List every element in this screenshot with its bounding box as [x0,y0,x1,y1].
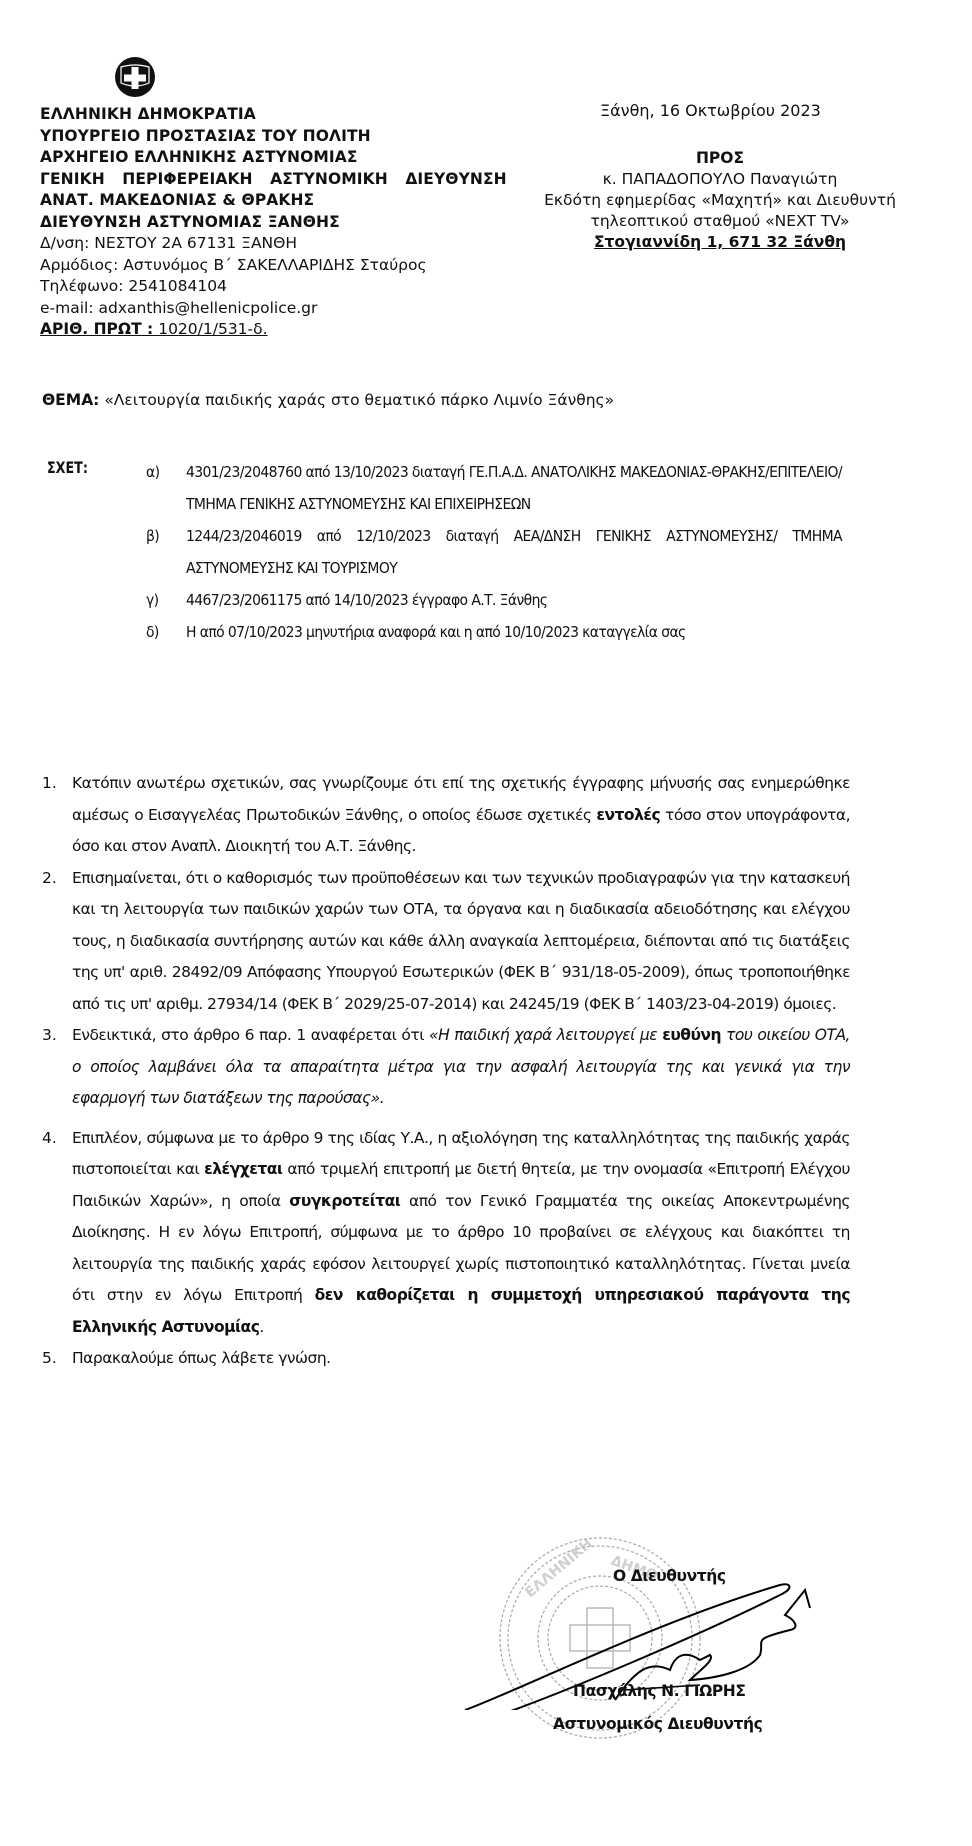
paragraph-number: 2. [42,863,72,1021]
signatory-name: Πασχάλης Ν. ΓΙΩΡΗΣ [573,1682,746,1700]
signatory-title: Ο Διευθυντής [613,1567,726,1585]
related-item: γ)4467/23/2061175 από 14/10/2023 έγγραφο… [146,584,842,616]
paragraph-number: 1. [42,768,72,863]
text-run: Ενδεικτικά, στο άρθρο 6 παρ. 1 αναφέρετα… [72,1026,429,1044]
recipient-role-1: Εκδότη εφημερίδας «Μαχητή» και Διευθυντή [520,190,920,211]
related-item: β)1244/23/2046019 από 12/10/2023 διαταγή… [146,520,842,584]
issuer-header: ΕΛΛΗΝΙΚΗ ΔΗΜΟΚΡΑΤΙΑ ΥΠΟΥΡΓΕΙΟ ΠΡΟΣΤΑΣΙΑΣ… [40,104,507,341]
issuer-line: ΑΝΑΤ. ΜΑΚΕΔΟΝΙΑΣ & ΘΡΑΚΗΣ [40,190,507,212]
related-item-marker: δ) [146,616,186,648]
issuer-line: ΓΕΝΙΚΗ ΠΕΡΙΦΕΡΕΙΑΚΗ ΑΣΤΥΝΟΜΙΚΗ ΔΙΕΥΘΥΝΣΗ [40,169,507,191]
text-run: ευθύνη [662,1026,721,1044]
subject-label: ΘΕΜΑ: [42,391,99,409]
related-label: ΣΧΕΤ: [47,459,88,477]
greek-coat-of-arms-icon [113,55,157,99]
numbered-paragraph: 1.Κατόπιν ανωτέρω σχετικών, σας γνωρίζου… [42,768,850,863]
text-run: Επισημαίνεται, ότι ο καθορισμός των προϋ… [72,869,850,1013]
protocol-value: 1020/1/531-δ. [158,320,267,338]
paragraph-text: Επισημαίνεται, ότι ο καθορισμός των προϋ… [72,863,850,1021]
text-run: εντολές [596,806,660,824]
paragraph-text: Επιπλέον, σύμφωνα με το άρθρο 9 της ιδία… [72,1123,850,1344]
related-item-text: 4467/23/2061175 από 14/10/2023 έγγραφο Α… [186,584,842,616]
issuer-responsible: Αρμόδιος: Αστυνόμος Β΄ ΣΑΚΕΛΛΑΡΙΔΗΣ Σταύ… [40,255,507,277]
issuer-line: ΑΡΧΗΓΕΙΟ ΕΛΛΗΝΙΚΗΣ ΑΣΤΥΝΟΜΙΑΣ [40,147,507,169]
text-run: «Η παιδική χαρά λειτουργεί με [429,1026,662,1044]
subject-text: «Λειτουργία παιδικής χαράς στο θεματικό … [104,391,614,409]
related-item-marker: β) [146,520,186,584]
recipient-role-2: τηλεοπτικού σταθμού «NEXT TV» [520,211,920,232]
subject-line: ΘΕΜΑ: «Λειτουργία παιδικής χαράς στο θεμ… [42,391,614,409]
related-item-text: 1244/23/2046019 από 12/10/2023 διαταγή Α… [186,520,842,584]
issuer-line: ΕΛΛΗΝΙΚΗ ΔΗΜΟΚΡΑΤΙΑ [40,104,507,126]
body-paragraphs: 1.Κατόπιν ανωτέρω σχετικών, σας γνωρίζου… [42,768,850,1375]
numbered-paragraph: 5.Παρακαλούμε όπως λάβετε γνώση. [42,1343,850,1375]
related-item-text: Η από 07/10/2023 μηνυτήρια αναφορά και η… [186,616,842,648]
paragraph-text: Κατόπιν ανωτέρω σχετικών, σας γνωρίζουμε… [72,768,850,863]
text-run: ελέγχεται [204,1160,282,1178]
issuer-email: e-mail: adxanthis@hellenicpolice.gr [40,298,507,320]
paragraph-number: 5. [42,1343,72,1375]
numbered-paragraph: 4.Επιπλέον, σύμφωνα με το άρθρο 9 της ιδ… [42,1123,850,1344]
paragraph-text: Ενδεικτικά, στο άρθρο 6 παρ. 1 αναφέρετα… [72,1020,850,1115]
text-run: συγκροτείται [289,1192,400,1210]
issuer-line: ΥΠΟΥΡΓΕΙΟ ΠΡΟΣΤΑΣΙΑΣ ΤΟΥ ΠΟΛΙΤΗ [40,126,507,148]
related-item: δ)Η από 07/10/2023 μηνυτήρια αναφορά και… [146,616,842,648]
numbered-paragraph: 3.Ενδεικτικά, στο άρθρο 6 παρ. 1 αναφέρε… [42,1020,850,1115]
recipient-name: κ. ΠΑΠΑΔΟΠΟΥΛΟ Παναγιώτη [520,169,920,190]
protocol-number: ΑΡΙΘ. ΠΡΩΤ : 1020/1/531-δ. [40,319,507,341]
related-item-marker: α) [146,456,186,520]
recipient-label: ΠΡΟΣ [520,148,920,169]
paragraph-text: Παρακαλούμε όπως λάβετε γνώση. [72,1343,850,1375]
paragraph-number: 3. [42,1020,72,1115]
document-date: Ξάνθη, 16 Οκτωβρίου 2023 [600,101,821,120]
related-list: α)4301/23/2048760 από 13/10/2023 διαταγή… [146,456,842,648]
protocol-label: ΑΡΙΘ. ΠΡΩΤ : [40,320,153,338]
text-run: . [259,1318,263,1336]
paragraph-number: 4. [42,1123,72,1344]
recipient-block: ΠΡΟΣ κ. ΠΑΠΑΔΟΠΟΥΛΟ Παναγιώτη Εκδότη εφη… [520,148,920,253]
signatory-role: Αστυνομικός Διευθυντής [553,1715,762,1733]
issuer-phone: Τηλέφωνο: 2541084104 [40,276,507,298]
related-item: α)4301/23/2048760 από 13/10/2023 διαταγή… [146,456,842,520]
recipient-address: Στογιαννίδη 1, 671 32 Ξάνθη [520,232,920,253]
related-item-marker: γ) [146,584,186,616]
issuer-address: Δ/νση: ΝΕΣΤΟΥ 2Α 67131 ΞΑΝΘΗ [40,233,507,255]
numbered-paragraph: 2.Επισημαίνεται, ότι ο καθορισμός των πρ… [42,863,850,1021]
related-item-text: 4301/23/2048760 από 13/10/2023 διαταγή Γ… [186,456,842,520]
text-run: Παρακαλούμε όπως λάβετε γνώση. [72,1349,331,1367]
issuer-line: ΔΙΕΥΘΥΝΣΗ ΑΣΤΥΝΟΜΙΑΣ ΞΑΝΘΗΣ [40,212,507,234]
